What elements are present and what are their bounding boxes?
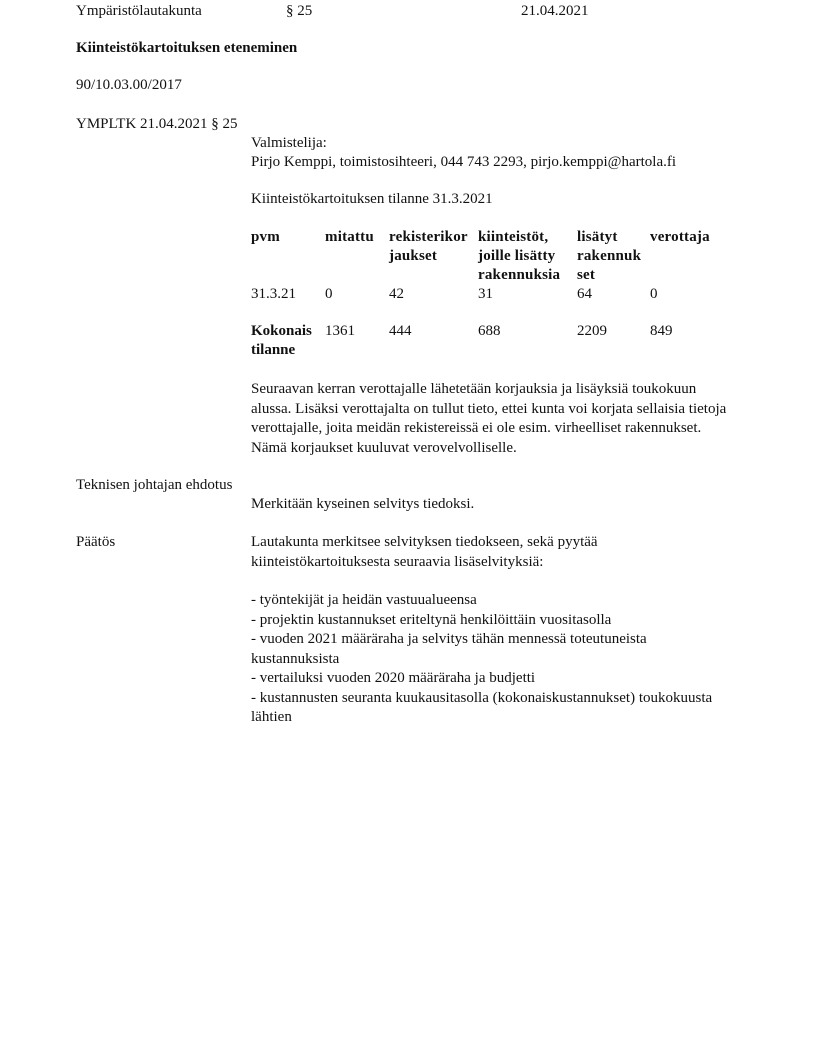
table-cell: 1361 (323, 322, 387, 360)
document-number: 90/10.03.00/2017 (76, 76, 182, 96)
table-cell: Kokonais tilanne (249, 322, 323, 360)
decision-text: Lautakunta merkitsee selvityksen tiedoks… (251, 533, 721, 572)
list-item: - vuoden 2021 määräraha ja selvitys tähä… (251, 630, 721, 669)
table-cell: 64 (575, 285, 648, 322)
table-cell: 2209 (575, 322, 648, 360)
list-item: - vertailuksi vuoden 2020 määräraha ja b… (251, 669, 721, 689)
proposal-label: Teknisen johtajan ehdotus (76, 476, 232, 496)
preparer-label: Valmistelija: (251, 134, 327, 154)
column-header: rekisterikor jaukset (387, 228, 476, 285)
table-cell: 42 (387, 285, 476, 322)
table-cell: 31 (476, 285, 575, 322)
list-item: - työntekijät ja heidän vastuualueensa (251, 591, 721, 611)
page-title: Kiinteistökartoituksen eteneminen (76, 39, 297, 59)
status-title: Kiinteistökartoituksen tilanne 31.3.2021 (251, 190, 493, 210)
column-header: lisätyt rakennuk set (575, 228, 648, 285)
status-table: pvm mitattu rekisterikor jaukset kiintei… (249, 228, 722, 360)
table-cell: 31.3.21 (249, 285, 323, 322)
list-item: - projektin kustannukset eriteltynä henk… (251, 611, 721, 631)
meeting-date: 21.04.2021 (521, 2, 589, 22)
proposal-text: Merkitään kyseinen selvitys tiedoksi. (251, 495, 474, 515)
table-row: Kokonais tilanne 1361 444 688 2209 849 (249, 322, 722, 360)
column-header: pvm (249, 228, 323, 285)
table-cell: 0 (648, 285, 722, 322)
preparer-details: Pirjo Kemppi, toimistosihteeri, 044 743 … (251, 153, 676, 173)
table-cell: 688 (476, 322, 575, 360)
section-number: § 25 (286, 2, 312, 22)
table-header-row: pvm mitattu rekisterikor jaukset kiintei… (249, 228, 722, 285)
list-item: - kustannusten seuranta kuukausitasolla … (251, 689, 721, 728)
request-list: - työntekijät ja heidän vastuualueensa -… (251, 591, 721, 728)
table-cell: 849 (648, 322, 722, 360)
table-row: 31.3.21 0 42 31 64 0 (249, 285, 722, 322)
column-header: verottaja (648, 228, 722, 285)
table-cell: 444 (387, 322, 476, 360)
decision-label: Päätös (76, 533, 115, 553)
table-cell: 0 (323, 285, 387, 322)
committee-name: Ympäristölautakunta (76, 2, 202, 22)
status-notes: Seuraavan kerran verottajalle lähetetään… (251, 380, 731, 458)
meeting-reference: YMPLTK 21.04.2021 § 25 (76, 115, 238, 135)
column-header: kiinteistöt, joille lisätty rakennuksia (476, 228, 575, 285)
column-header: mitattu (323, 228, 387, 285)
